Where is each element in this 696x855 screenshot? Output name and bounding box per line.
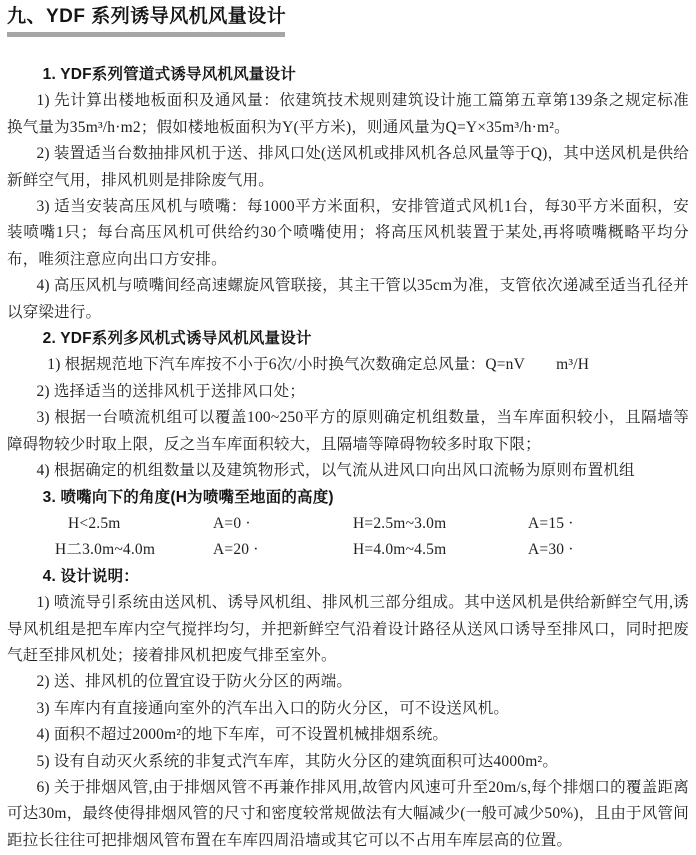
section-4-item-6: 6) 关于排烟风管,由于排烟风管不再兼作排风用,故管内风速可升至20m/s,每个…	[7, 775, 689, 854]
page-title: 九、YDF 系列诱导风机风量设计	[7, 5, 689, 29]
section-4-heading: 4. 设计说明：	[7, 564, 689, 590]
section-1-item-3: 3) 适当安装高压风机与喷嘴：每1000平方米面积，安排管道式风机1台，每30平…	[7, 194, 689, 273]
angle-table-cell-h2: H=2.5m~3.0m	[353, 511, 528, 537]
section-4-item-2: 2) 送、排风机的位置宜设于防火分区的两端。	[7, 669, 689, 695]
document-body: 1. YDF系列管道式诱导风机风量设计 1) 先计算出楼地板面积及通风量：依建筑…	[7, 62, 689, 854]
section-1-item-1: 1) 先计算出楼地板面积及通风量：依建筑技术规则建筑设计施工篇第五章第139条之…	[7, 88, 689, 141]
section-2-heading: 2. YDF系列多风机式诱导风机风量设计	[7, 326, 689, 352]
section-1-item-4: 4) 高压风机与喷嘴间经高速螺旋风管联接，其主干管以35cm为准，支管依次递减至…	[7, 273, 689, 326]
section-4-item-4: 4) 面积不超过2000m²的地下车库，可不设置机械排烟系统。	[7, 722, 689, 748]
angle-table: H<2.5m A=0 · H=2.5m~3.0m A=15 · H二3.0m~4…	[7, 511, 689, 564]
angle-table-cell-h4: H=4.0m~4.5m	[353, 537, 528, 563]
section-2-item-4: 4) 根据确定的机组数量以及建筑物形式，以气流从进风口向出风口流畅为原则布置机组	[7, 458, 689, 484]
section-2-item-3: 3) 根据一台喷流机组可以覆盖100~250平方的原则确定机组数量，当车库面积较…	[7, 405, 689, 458]
title-underline	[7, 32, 285, 37]
section-4-item-5: 5) 设有自动灭火系统的非复式汽车库，其防火分区的建筑面积可达4000m²。	[7, 749, 689, 775]
section-4-item-1: 1) 喷流导引系统由送风机、诱导风机组、排风机三部分组成。其中送风机是供给新鲜空…	[7, 590, 689, 669]
angle-table-cell-a1: A=0 ·	[213, 511, 353, 537]
angle-table-cell-a4: A=30 ·	[528, 537, 689, 563]
angle-table-cell-h1: H<2.5m	[55, 511, 213, 537]
angle-table-cell-a2: A=15 ·	[528, 511, 689, 537]
document-page: 九、YDF 系列诱导风机风量设计 1. YDF系列管道式诱导风机风量设计 1) …	[0, 0, 696, 855]
section-4-item-3: 3) 车库内有直接通向室外的汽车出入口的防火分区，可不设送风机。	[7, 696, 689, 722]
angle-table-cell-h3: H二3.0m~4.0m	[55, 537, 213, 563]
section-2-item-2: 2) 选择适当的送排风机于送排风口处；	[7, 379, 689, 405]
section-1-item-2: 2) 装置适当台数抽排风机于送、排风口处(送风机或排风机各总风量等于Q)，其中送…	[7, 141, 689, 194]
section-1-heading: 1. YDF系列管道式诱导风机风量设计	[7, 62, 689, 88]
section-2-item-1: 1) 根据规范地下汽车库按不小于6次/小时换气次数确定总风量：Q=nV m³/H	[7, 352, 689, 378]
section-3-heading: 3. 喷嘴向下的角度(H为喷嘴至地面的高度)	[7, 485, 689, 511]
angle-table-cell-a3: A=20 ·	[213, 537, 353, 563]
